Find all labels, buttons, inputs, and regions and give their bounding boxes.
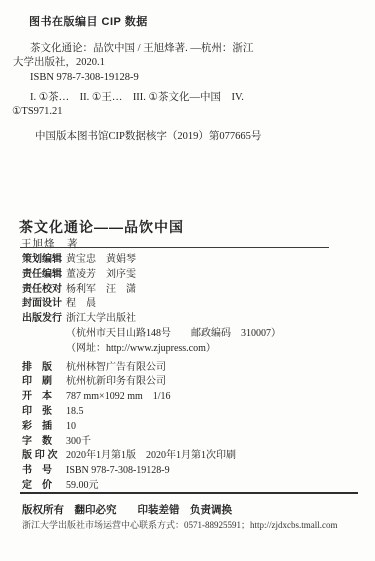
colophon-row-value: 杭州杭新印务有限公司 xyxy=(66,376,166,387)
cip-isbn-line: ISBN 978-7-308-19128-9 xyxy=(13,71,363,85)
colophon-row-label: 出版发行 xyxy=(22,312,62,327)
colophon-row-label: 策划编辑 xyxy=(22,253,62,268)
colophon-row-label: 排 版 xyxy=(22,361,62,376)
colophon-row: 开 本787 mm×1092 mm 1/16 xyxy=(22,390,367,405)
colophon-row-label: 责任编辑 xyxy=(22,268,62,283)
colophon-row-value: 杭州林智广告有限公司 xyxy=(66,362,166,373)
colophon-row: 出版发行浙江大学出版社 xyxy=(22,312,367,327)
cip-entry: 茶文化通论：品饮中国 / 王旭烽著. —杭州：浙江 大学出版社，2020.1 I… xyxy=(13,42,363,85)
colophon-row-value: 10 xyxy=(66,421,76,432)
publisher-contact-line: 浙江大学出版社市场运营中心联系方式：0571-88925591；http://z… xyxy=(22,518,338,531)
colophon-row-value: 2020年1月第1版 2020年1月第1次印刷 xyxy=(66,450,236,461)
colophon-row: 排 版杭州林智广告有限公司 xyxy=(22,361,367,376)
publisher-address: （杭州市天目山路148号 邮政编码 310007） xyxy=(66,328,281,339)
colophon-row-label: 封面设计 xyxy=(22,297,62,312)
colophon-row-value: ISBN 978-7-308-19128-9 xyxy=(66,465,170,476)
colophon-row-value: 黄宝忠 黄娟琴 xyxy=(66,254,136,265)
colophon-row-continuation: （杭州市天目山路148号 邮政编码 310007） xyxy=(22,327,367,342)
cip-class-line-1: I. ①茶… II. ①王… III. ①茶文化—中国 IV. xyxy=(12,91,362,105)
cip-entry-line-2: 大学出版社，2020.1 xyxy=(13,56,363,70)
colophon-row: 字 数300千 xyxy=(22,435,367,450)
copyright-notice: 版权所有 翻印必究 印装差错 负责调换 xyxy=(22,502,232,517)
colophon-row: 责任校对杨利军 汪 潇 xyxy=(22,283,367,298)
title-divider-line xyxy=(20,247,329,248)
colophon-row-label: 版 印 次 xyxy=(22,449,62,464)
colophon-row-value: 300千 xyxy=(66,436,91,447)
colophon-row-value: 18.5 xyxy=(66,406,84,417)
colophon-row: 印 刷杭州杭新印务有限公司 xyxy=(22,375,367,390)
cip-classification: I. ①茶… II. ①王… III. ①茶文化—中国 IV. ①TS971.2… xyxy=(12,91,362,120)
colophon-row: 书 号ISBN 978-7-308-19128-9 xyxy=(22,464,367,479)
book-author: 王旭烽 著 xyxy=(21,236,79,251)
colophon-row-label: 开 本 xyxy=(22,390,62,405)
colophon-row-label: 字 数 xyxy=(22,435,62,450)
book-copyright-page: 图书在版编目 CIP 数据 茶文化通论：品饮中国 / 王旭烽著. —杭州：浙江 … xyxy=(0,0,375,561)
colophon-row-value: 程 晨 xyxy=(66,298,96,309)
colophon-row-label: 印 张 xyxy=(22,405,62,420)
colophon-table: 策划编辑黄宝忠 黄娟琴 责任编辑董凌芳 刘序雯 责任校对杨利军 汪 潇 封面设计… xyxy=(22,253,367,494)
colophon-row-continuation: （网址：http://www.zjupress.com） xyxy=(22,342,367,357)
colophon-row-value: 董凌芳 刘序雯 xyxy=(66,269,136,280)
colophon-row-value: 杨利军 汪 潇 xyxy=(66,284,136,295)
colophon-row-label: 印 刷 xyxy=(22,375,62,390)
publisher-website: （网址：http://www.zjupress.com） xyxy=(66,343,216,354)
cip-header: 图书在版编目 CIP 数据 xyxy=(29,13,148,29)
colophon-row: 策划编辑黄宝忠 黄娟琴 xyxy=(22,253,367,268)
colophon-row: 彩 插10 xyxy=(22,420,367,435)
footer-divider-line xyxy=(20,492,358,494)
colophon-row-label: 彩 插 xyxy=(22,420,62,435)
colophon-row-value: 787 mm×1092 mm 1/16 xyxy=(66,391,171,402)
book-title: 茶文化通论——品饮中国 xyxy=(19,217,184,237)
cip-class-line-2: ①TS971.21 xyxy=(12,105,362,119)
colophon-row: 印 张18.5 xyxy=(22,405,367,420)
colophon-row: 版 印 次2020年1月第1版 2020年1月第1次印刷 xyxy=(22,449,367,464)
colophon-row-value: 浙江大学出版社 xyxy=(66,313,136,324)
colophon-row-label: 责任校对 xyxy=(22,283,62,298)
colophon-row: 责任编辑董凌芳 刘序雯 xyxy=(22,268,367,283)
colophon-row-label: 书 号 xyxy=(22,464,62,479)
cip-entry-line-1: 茶文化通论：品饮中国 / 王旭烽著. —杭州：浙江 xyxy=(13,42,363,56)
cip-record-number: 中国版本图书馆CIP数据核字（2019）第077665号 xyxy=(35,128,261,143)
colophon-row: 封面设计程 晨 xyxy=(22,297,367,312)
colophon-row-value: 59.00元 xyxy=(66,480,99,491)
